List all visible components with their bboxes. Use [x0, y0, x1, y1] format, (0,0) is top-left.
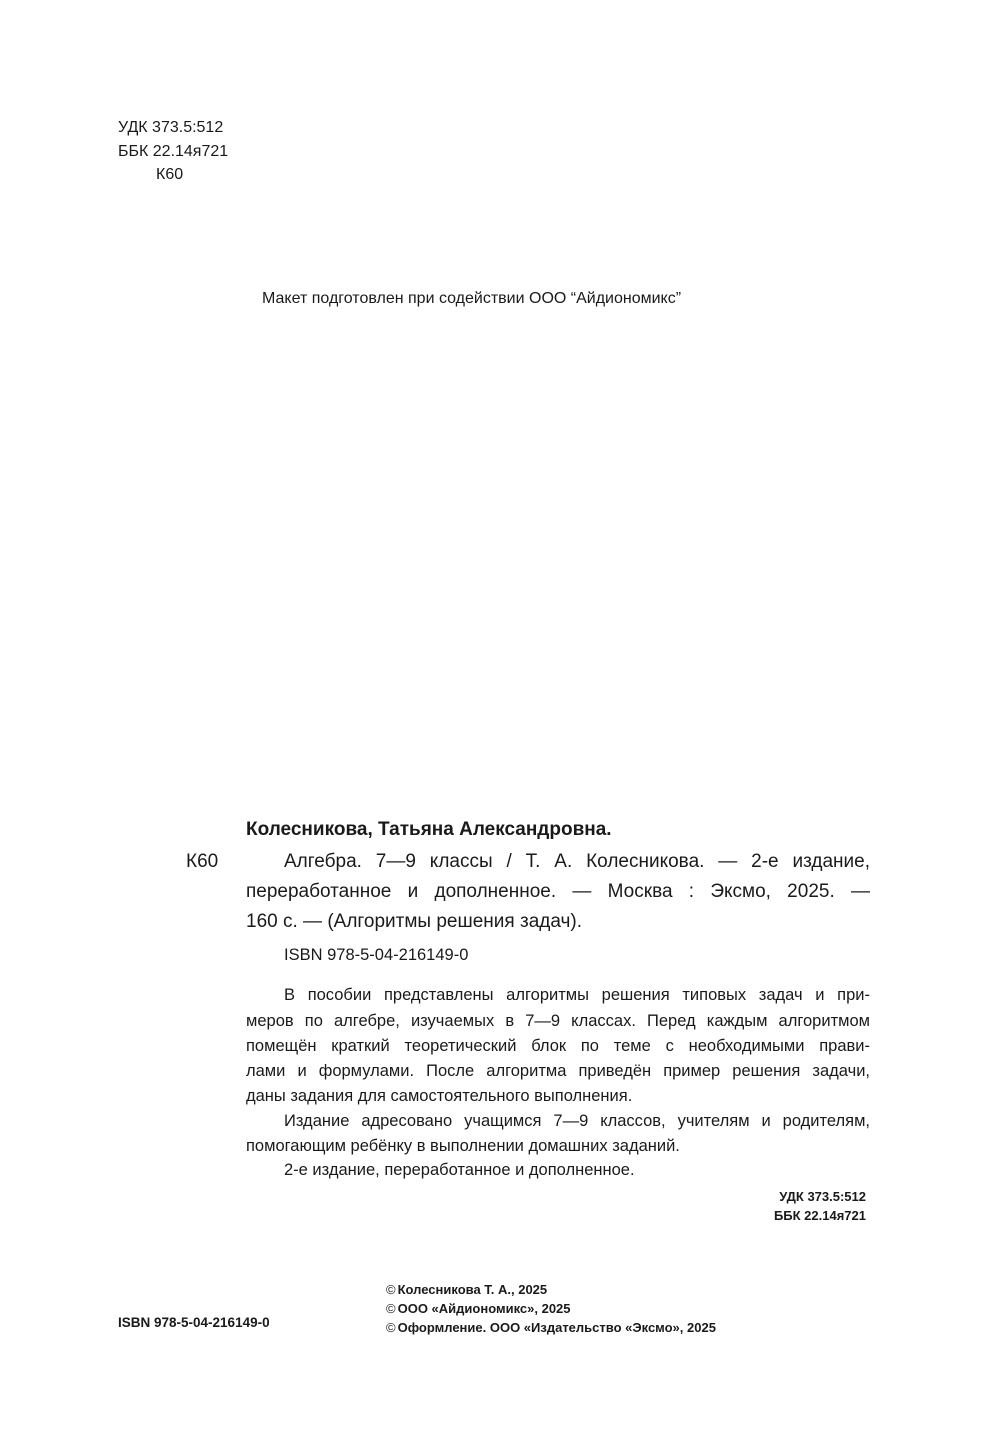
author-heading: Колесникова, Татьяна Александровна. [246, 819, 612, 841]
bbk-code: ББК 22.14я721 [118, 140, 228, 164]
copyright-line: ©ООО «Айдиономикс», 2025 [386, 1299, 716, 1318]
udk-code: УДК 373.5:512 [118, 116, 228, 140]
annotation-line: помогающим ребёнку в выполнении домашних… [246, 1137, 870, 1156]
description-line: Алгебра. 7—9 классы / Т. А. Колесникова.… [246, 851, 870, 873]
footer-udk-code: УДК 373.5:512 [774, 1187, 866, 1206]
copyright-line: ©Оформление. ООО «Издательство «Эксмо», … [386, 1318, 716, 1337]
annotation-line: Издание адресовано учащимся 7—9 классов,… [246, 1112, 870, 1131]
annotation-line: помещён краткий теоретический блок по те… [246, 1037, 870, 1056]
layout-credit: Макет подготовлен при содействии ООО “Ай… [262, 290, 681, 308]
copyright-icon: © [386, 1320, 396, 1335]
description-line: 160 с. — (Алгоритмы решения задач). [246, 911, 870, 933]
annotation-line: меров по алгебре, изучаемых в 7—9 класса… [246, 1012, 870, 1031]
annotation-line: лами и формулами. После алгоритма привед… [246, 1062, 870, 1081]
copyright-icon: © [386, 1301, 396, 1316]
header-classification-codes: УДК 373.5:512 ББК 22.14я721 К60 [118, 116, 228, 187]
record-author-mark: К60 [186, 851, 218, 873]
copyright-line: ©Колесникова Т. А., 2025 [386, 1280, 716, 1299]
isbn-record: ISBN 978-5-04-216149-0 [246, 946, 870, 965]
author-mark: К60 [118, 163, 228, 187]
annotation-line: В пособии представлены алгоритмы решения… [246, 986, 870, 1005]
annotation-line: 2-е издание, переработанное и дополненно… [246, 1161, 870, 1180]
annotation-line: даны задания для самостоятельного выполн… [246, 1087, 870, 1106]
description-line: переработанное и дополненное. — Москва :… [246, 881, 870, 903]
copyright-block: ©Колесникова Т. А., 2025 ©ООО «Айдиономи… [386, 1280, 716, 1337]
copyright-icon: © [386, 1282, 396, 1297]
footer-classification-codes: УДК 373.5:512 ББК 22.14я721 [774, 1187, 866, 1225]
footer-isbn: ISBN 978-5-04-216149-0 [118, 1315, 270, 1330]
footer-bbk-code: ББК 22.14я721 [774, 1206, 866, 1225]
